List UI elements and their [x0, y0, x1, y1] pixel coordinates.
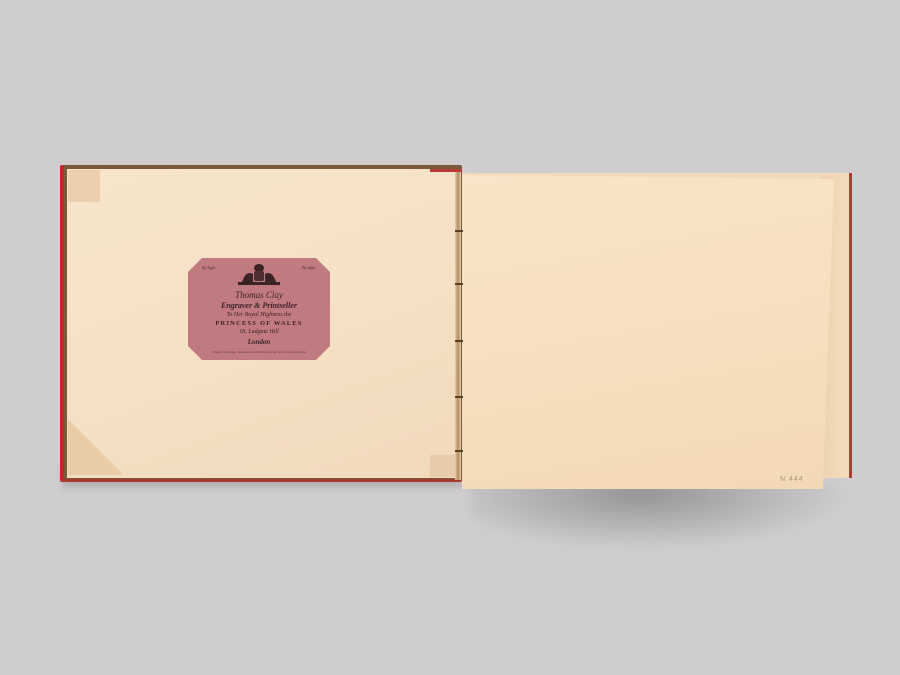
stitch-mark — [455, 396, 463, 398]
label-corner-text-right: By Appt. — [302, 265, 316, 270]
corner-stain-top-left — [68, 170, 100, 202]
label-patron: PRINCESS OF WALES — [188, 320, 330, 327]
label-appointment: To Her Royal Highness the — [188, 312, 330, 318]
label-footer: Prints, Drawings, Stationery & Fancy Art… — [188, 350, 330, 354]
bookseller-trade-label: By Appt. By Appt. Thomas Clay Engraver &… — [188, 258, 330, 360]
label-city: London — [188, 338, 330, 346]
stitch-mark — [455, 230, 463, 232]
label-corner-text-left: By Appt. — [202, 265, 216, 270]
stitch-mark — [455, 450, 463, 452]
corner-stain-bottom-right — [430, 455, 455, 477]
first-leaf-page — [462, 175, 834, 489]
label-name: Thomas Clay — [188, 290, 330, 300]
royal-crest-icon — [234, 262, 284, 286]
book-shadow-right — [470, 480, 850, 550]
label-trade: Engraver & Printseller — [188, 301, 330, 310]
gutter-spine — [455, 172, 461, 480]
photograph-scene: N.444 By Appt. By Appt. Thomas Clay Engr… — [0, 0, 900, 675]
label-address: 18, Ludgate Hill — [188, 329, 330, 335]
stitch-mark — [455, 283, 463, 285]
stitch-mark — [455, 340, 463, 342]
inventory-mark: N.444 — [780, 476, 804, 483]
corner-stain-bottom-left — [68, 420, 123, 475]
